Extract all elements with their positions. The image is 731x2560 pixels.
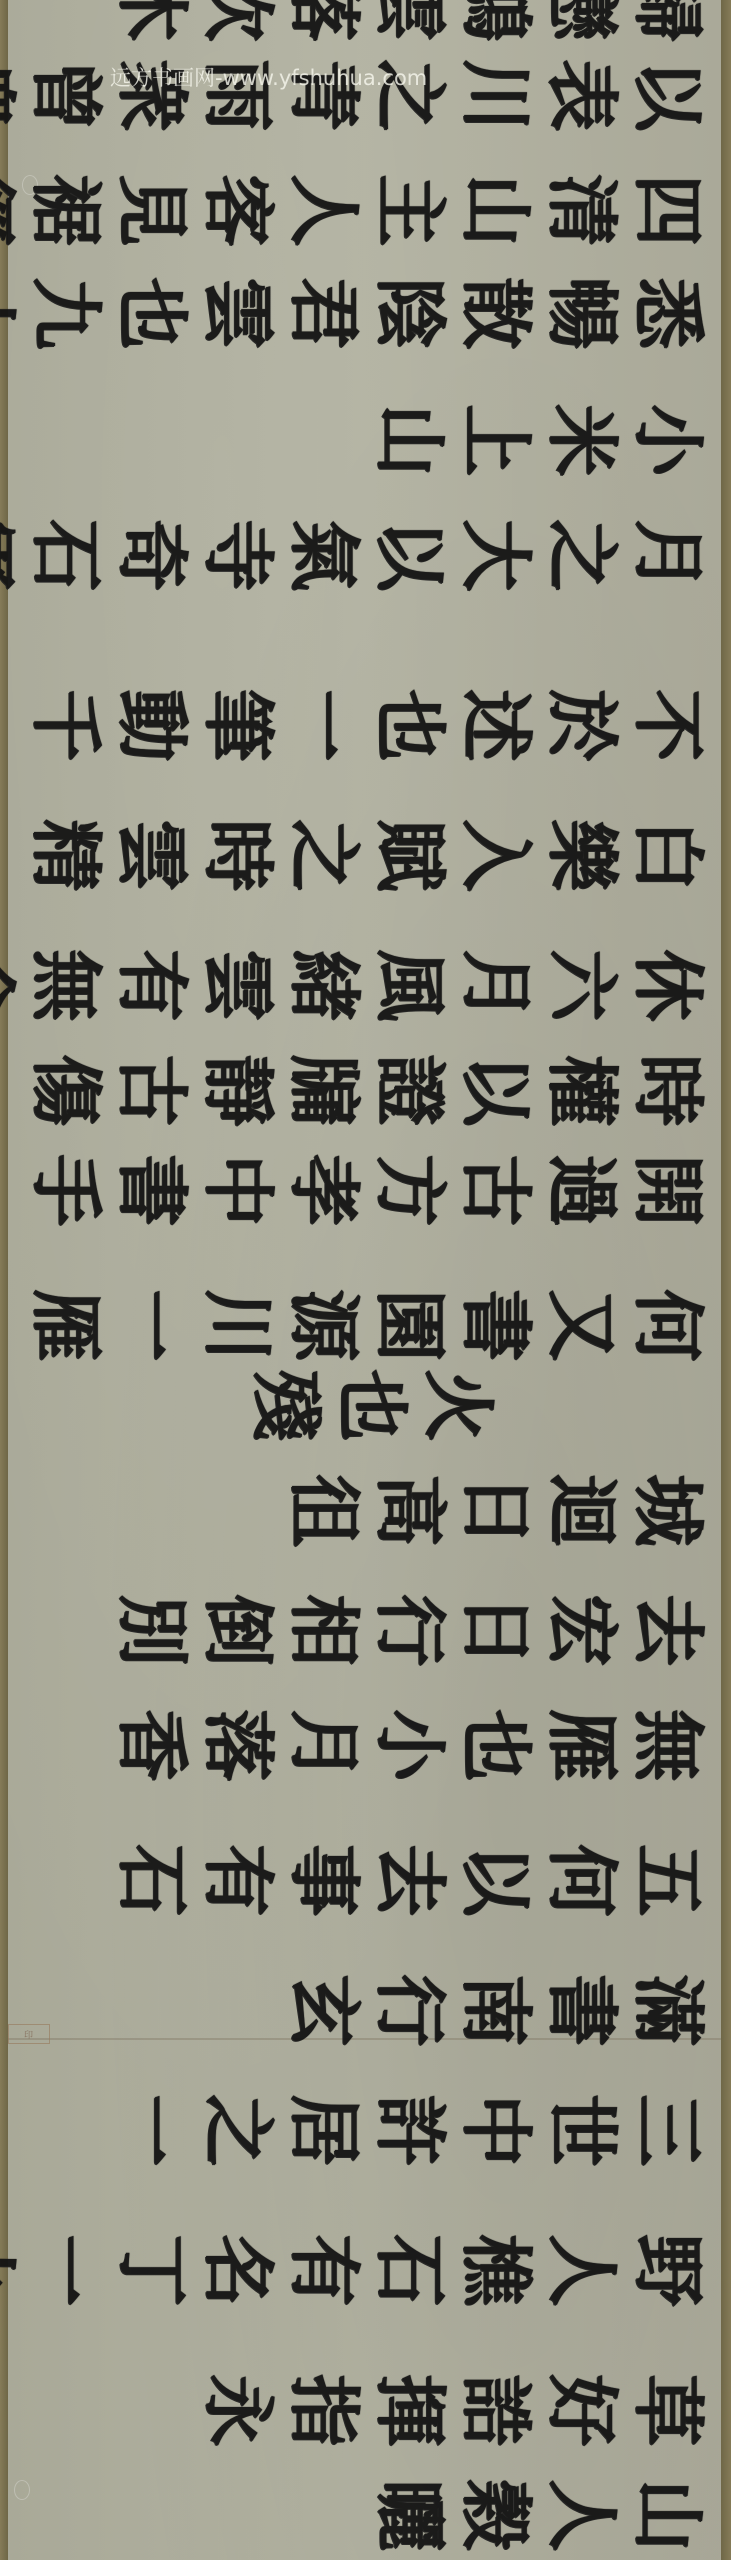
- calligraphy-character: 以: [451, 1047, 541, 1133]
- calligraphy-character: 徂: [279, 1467, 369, 1553]
- calligraphy-character: 之: [537, 512, 627, 598]
- calligraphy-character: 石: [21, 512, 111, 598]
- calligraphy-character: 南: [451, 1967, 541, 2053]
- calligraphy-character: 入: [451, 812, 541, 898]
- calligraphy-character: 一: [107, 1282, 197, 1368]
- calligraphy-character: 於: [537, 682, 627, 768]
- calligraphy-character: 雲: [365, 0, 455, 48]
- calligraphy-character: 小: [365, 1702, 455, 1788]
- calligraphy-character: 不: [623, 682, 713, 768]
- calligraphy-character: 之: [193, 2087, 283, 2173]
- watermark-text: 远方书画网-www.yfshuhua.com: [110, 62, 427, 92]
- calligraphy-line: 山人穀曬: [367, 2470, 711, 2560]
- calligraphy-character: 好: [537, 2367, 627, 2453]
- calligraphy-line: 小米上山: [367, 395, 711, 485]
- calligraphy-character: 雲: [107, 812, 197, 898]
- calligraphy-character: 暢: [537, 270, 627, 356]
- calligraphy-character: 五: [623, 1837, 713, 1923]
- mount-border-right: [721, 0, 731, 2560]
- mount-border-left: [0, 0, 8, 2560]
- calligraphy-character: 石: [365, 2227, 455, 2313]
- calligraphy-character: 歸: [623, 0, 713, 48]
- calligraphy-line: 火也殘: [243, 1360, 501, 1450]
- calligraphy-character: 玄: [279, 1967, 369, 2053]
- calligraphy-line: 時權以證牖靜古傷: [23, 1045, 711, 1135]
- calligraphy-character: 源: [279, 1282, 369, 1368]
- calligraphy-character: 樂: [537, 812, 627, 898]
- calligraphy-character: 散: [451, 270, 541, 356]
- calligraphy-character: 人: [279, 167, 369, 253]
- calligraphy-character: 手: [21, 1147, 111, 1233]
- calligraphy-character: 也: [451, 1702, 541, 1788]
- calligraphy-character: 許: [365, 2087, 455, 2173]
- calligraphy-line: 悉暢散陰君雲也九十: [0, 268, 711, 358]
- calligraphy-character: 山: [451, 167, 541, 253]
- calligraphy-character: 野: [623, 2227, 713, 2313]
- calligraphy-character: 雁: [21, 1282, 111, 1368]
- calligraphy-character: 一: [107, 2087, 197, 2173]
- calligraphy-character: 方: [365, 1147, 455, 1233]
- calligraphy-character: 居: [279, 2087, 369, 2173]
- calligraphy-character: 白: [623, 812, 713, 898]
- calligraphy-character: 靜: [193, 1047, 283, 1133]
- calligraphy-line: 歸戀鴻雲落吹木: [109, 0, 711, 50]
- calligraphy-character: 戀: [537, 0, 627, 48]
- calligraphy-character: 揮: [365, 2367, 455, 2453]
- calligraphy-character: 山: [623, 2472, 713, 2558]
- calligraphy-character: 相: [279, 1587, 369, 1673]
- calligraphy-character: 客: [193, 167, 283, 253]
- calligraphy-character: 永: [193, 2367, 283, 2453]
- calligraphy-character: 牖: [279, 1047, 369, 1133]
- calligraphy-character: 名: [193, 2227, 283, 2313]
- calligraphy-character: 樵: [451, 2227, 541, 2313]
- calligraphy-character: 徑: [0, 167, 25, 253]
- calligraphy-character: 火: [413, 1362, 503, 1448]
- calligraphy-character: 指: [279, 2367, 369, 2453]
- calligraphy-character: 高: [365, 1467, 455, 1553]
- calligraphy-character: 曾: [21, 52, 111, 138]
- calligraphy-character: 以: [623, 52, 713, 138]
- calligraphy-character: 迴: [537, 1467, 627, 1553]
- calligraphy-character: 有: [279, 2227, 369, 2313]
- calligraphy-character: 行: [365, 1967, 455, 2053]
- calligraphy-character: 事: [279, 1837, 369, 1923]
- calligraphy-character: 也: [327, 1362, 417, 1448]
- calligraphy-character: 精: [21, 812, 111, 898]
- calligraphy-character: 有: [193, 1837, 283, 1923]
- calligraphy-character: 古: [107, 1047, 197, 1133]
- calligraphy-character: 人: [537, 2472, 627, 2558]
- calligraphy-character: 倒: [193, 1587, 283, 1673]
- calligraphy-character: 穀: [451, 2472, 541, 2558]
- calligraphy-character: 裾: [21, 167, 111, 253]
- calligraphy-line: 五何以去事有石: [109, 1835, 711, 1925]
- calligraphy-character: 小: [623, 397, 713, 483]
- calligraphy-character: 園: [365, 1282, 455, 1368]
- calligraphy-character: 千: [21, 682, 111, 768]
- calligraphy-character: 月: [623, 512, 713, 598]
- calligraphy-character: 日: [451, 1467, 541, 1553]
- calligraphy-character: 孝: [279, 1147, 369, 1233]
- calligraphy-character: 城: [623, 1467, 713, 1553]
- calligraphy-character: 賦: [365, 812, 455, 898]
- calligraphy-character: 一: [21, 2227, 111, 2313]
- calligraphy-character: 軍: [0, 512, 25, 598]
- calligraphy-character: 石: [107, 1837, 197, 1923]
- calligraphy-character: 時: [193, 812, 283, 898]
- calligraphy-character: 古: [451, 1147, 541, 1233]
- calligraphy-character: 陰: [365, 270, 455, 356]
- calligraphy-line: 草好誥揮指永: [195, 2365, 711, 2455]
- calligraphy-character: 以: [451, 1837, 541, 1923]
- calligraphy-line: 無雁也小月落香: [109, 1700, 711, 1790]
- calligraphy-character: 雲: [193, 942, 283, 1028]
- calligraphy-character: 書: [451, 1282, 541, 1368]
- calligraphy-character: 九: [21, 270, 111, 356]
- calligraphy-character: 草: [623, 2367, 713, 2453]
- calligraphy-line: 城迴日高徂: [281, 1465, 711, 1555]
- calligraphy-character: 十: [0, 270, 25, 356]
- calligraphy-character: 香: [107, 1702, 197, 1788]
- calligraphy-character: 人: [537, 2227, 627, 2313]
- calligraphy-character: 無: [21, 942, 111, 1028]
- calligraphy-line: 去宏日行相倒別: [109, 1585, 711, 1675]
- calligraphy-character: 動: [107, 682, 197, 768]
- calligraphy-character: 上: [451, 397, 541, 483]
- calligraphy-character: 山: [365, 397, 455, 483]
- calligraphy-character: 何: [623, 1282, 713, 1368]
- calligraphy-character: 證: [365, 1047, 455, 1133]
- calligraphy-character: 落: [193, 1702, 283, 1788]
- calligraphy-line: 野人樵石有名丁一九: [0, 2225, 711, 2315]
- calligraphy-line: 休六月風緒雲有無舍: [0, 940, 711, 1030]
- calligraphy-line: 不於述也一筆動千: [23, 680, 711, 770]
- calligraphy-character: 何: [537, 1837, 627, 1923]
- calligraphy-character: 落: [279, 0, 369, 48]
- calligraphy-character: 四: [623, 167, 713, 253]
- calligraphy-character: 見: [107, 167, 197, 253]
- calligraphy-character: 有: [107, 942, 197, 1028]
- calligraphy-character: 表: [537, 52, 627, 138]
- calligraphy-character: 緒: [279, 942, 369, 1028]
- calligraphy-character: 吹: [193, 0, 283, 48]
- calligraphy-character: 川: [193, 1282, 283, 1368]
- calligraphy-character: 宏: [537, 1587, 627, 1673]
- calligraphy-line: 何又書園源川一雁: [23, 1280, 711, 1370]
- calligraphy-character: 休: [623, 942, 713, 1028]
- calligraphy-character: 三: [623, 2087, 713, 2173]
- calligraphy-character: 無: [623, 1702, 713, 1788]
- calligraphy-character: 奇: [107, 512, 197, 598]
- calligraphy-character: 雲: [193, 270, 283, 356]
- calligraphy-line: 三世中許居之一: [109, 2085, 711, 2175]
- calligraphy-character: 開: [623, 1147, 713, 1233]
- calligraphy-character: 傷: [21, 1047, 111, 1133]
- calligraphy-character: 世: [537, 2087, 627, 2173]
- calligraphy-character: 書: [537, 1967, 627, 2053]
- calligraphy-character: 君: [279, 270, 369, 356]
- calligraphy-line: 白樂入賦之時雲精: [23, 810, 711, 900]
- calligraphy-character: 中: [193, 1147, 283, 1233]
- calligraphy-character: 又: [537, 1282, 627, 1368]
- paper-spot: [14, 2480, 30, 2500]
- calligraphy-character: 氣: [279, 512, 369, 598]
- calligraphy-character: 殘: [241, 1362, 331, 1448]
- calligraphy-character: 米: [537, 397, 627, 483]
- calligraphy-character: 述: [451, 682, 541, 768]
- calligraphy-character: 誥: [451, 2367, 541, 2453]
- calligraphy-character: 川: [451, 52, 541, 138]
- calligraphy-character: 過: [537, 1147, 627, 1233]
- calligraphy-character: 鴻: [451, 0, 541, 48]
- calligraphy-character: 以: [365, 512, 455, 598]
- calligraphy-character: 別: [107, 1587, 197, 1673]
- calligraphy-character: 之: [279, 812, 369, 898]
- calligraphy-character: 一: [279, 682, 369, 768]
- calligraphy-character: 也: [107, 270, 197, 356]
- calligraphy-character: 大: [451, 512, 541, 598]
- calligraphy-character: 寺: [193, 512, 283, 598]
- calligraphy-line: 滿書南行玄: [281, 1965, 711, 2055]
- calligraphy-character: 六: [537, 942, 627, 1028]
- calligraphy-character: 舍: [0, 942, 25, 1028]
- calligraphy-line: 四清山主人客見裾徑: [0, 165, 711, 255]
- calligraphy-character: 雁: [537, 1702, 627, 1788]
- calligraphy-character: 去: [623, 1587, 713, 1673]
- calligraphy-character: 丁: [107, 2227, 197, 2313]
- calligraphy-character: 也: [365, 682, 455, 768]
- calligraphy-character: 清: [537, 167, 627, 253]
- calligraphy-character: 筆: [193, 682, 283, 768]
- calligraphy-line: 月之大以氣寺奇石軍: [0, 510, 711, 600]
- calligraphy-character: 曬: [365, 2472, 455, 2558]
- calligraphy-character: 悉: [623, 270, 713, 356]
- calligraphy-character: 主: [365, 167, 455, 253]
- calligraphy-character: 去: [365, 1837, 455, 1923]
- calligraphy-character: 行: [365, 1587, 455, 1673]
- calligraphy-character: 時: [623, 1047, 713, 1133]
- calligraphy-character: 風: [365, 942, 455, 1028]
- calligraphy-character: 書: [107, 1147, 197, 1233]
- calligraphy-character: 權: [537, 1047, 627, 1133]
- calligraphy-character: 月: [279, 1702, 369, 1788]
- calligraphy-character: 滿: [623, 1967, 713, 2053]
- calligraphy-character: 九: [0, 2227, 25, 2313]
- calligraphy-character: 日: [451, 1587, 541, 1673]
- seal-stamp: 印: [8, 2024, 50, 2044]
- calligraphy-character: 中: [451, 2087, 541, 2173]
- calligraphy-line: 開過古方孝中書手: [23, 1145, 711, 1235]
- calligraphy-character: 衆: [0, 52, 25, 138]
- calligraphy-character: 月: [451, 942, 541, 1028]
- calligraphy-character: 木: [107, 0, 197, 48]
